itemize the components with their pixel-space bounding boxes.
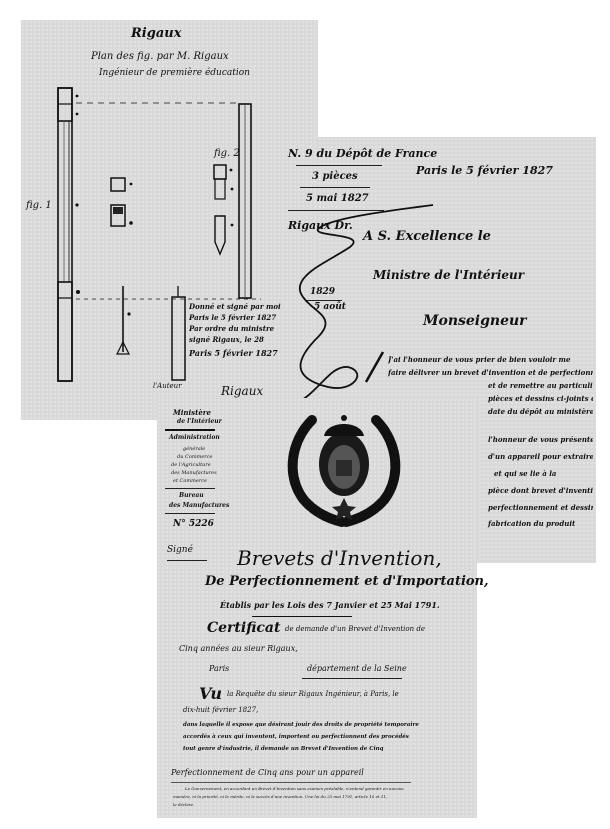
certificate-text: de demande d'un Brevet d'Invention de — [285, 625, 425, 633]
established-by: Établis par les Lois des 7 Janvier et 25… — [220, 600, 440, 610]
royal-crest-icon — [282, 412, 406, 530]
letter-body-line: perfectionnement et dessins — [488, 503, 593, 512]
certificate-footnote: Le Gouvernement, en accordant un Brevet … — [173, 786, 473, 814]
letter-body-line: pièce dont brevet d'invention — [488, 486, 593, 495]
letter-body-line: fabrication du produit — [488, 519, 575, 528]
signature-prefix: l'Auteur — [153, 382, 182, 390]
sidebar-line: Administration — [169, 434, 220, 441]
letter-ref-line1: N. 9 du Dépôt de France — [288, 147, 437, 160]
sidebar-line: des Manufactures — [169, 502, 229, 509]
fig1-label: fig. 1 — [26, 200, 52, 211]
certificate-body-line: tout genre d'industrie, il demande un Br… — [183, 746, 384, 752]
sidebar-line: de l'Intérieur — [177, 418, 222, 425]
patent-certificate-page: Ministère de l'Intérieur Administration … — [157, 398, 477, 818]
certificate-line-2: Cinq années au sieur Rigaux, — [179, 644, 298, 653]
certificate-body-line: dans laquelle il expose que désirant jou… — [183, 722, 419, 728]
sidebar-line: des Manufactures — [171, 470, 217, 476]
letter-body-line: J'ai l'honneur de vous prier de bien vou… — [388, 355, 570, 364]
certificate-sidebar: Ministère de l'Intérieur Administration … — [163, 408, 221, 568]
footnote-line: le déclare. — [173, 802, 194, 807]
certificate-subtitle: De Perfectionnement et d'Importation, — [205, 574, 489, 589]
certificate-body-line: accordés à ceux qui inventent, importent… — [183, 734, 409, 740]
vu-label: Vu — [199, 684, 222, 703]
sidebar-line: Bureau — [179, 492, 204, 499]
sidebar-signature: Signé — [167, 545, 193, 555]
vu-text: la Requête du sieur Rigaux Ingénieur, à … — [227, 690, 399, 698]
letter-body-line: pièces et dessins ci-joints en — [488, 394, 593, 403]
footnote-line: manière, ni la priorité, ni le mérite, n… — [173, 794, 387, 799]
certificate-number: N° 5226 — [173, 519, 214, 529]
note-line: signé Rigaux, le 28 — [189, 335, 264, 344]
letter-body-line: l'honneur de vous présenter — [488, 435, 593, 444]
letter-body-line: et de remettre au particulier les — [488, 381, 593, 390]
sidebar-line: générale — [183, 446, 205, 452]
certificate-line-5: dix-huit février 1827, — [183, 706, 258, 714]
certificate-title: Brevets d'Invention, — [237, 546, 442, 570]
letter-body-line: et qui se lie à la — [494, 469, 556, 478]
sidebar-line: et Commerce — [173, 478, 207, 484]
letter-body-line: faire délivrer un brevet d'invention et … — [388, 368, 593, 377]
sidebar-line: de l'Agriculture — [171, 462, 211, 468]
sidebar-line: Ministère — [173, 408, 211, 417]
letter-body-line: d'un appareil pour extraire — [488, 452, 593, 461]
drawing-signature: Rigaux — [221, 384, 263, 398]
footnote-line: Le Gouvernement, en accordant un Brevet … — [185, 786, 404, 791]
certificate-label: Certificat — [207, 620, 280, 636]
certificate-closing-line: Perfectionnement de Cinq ans pour un app… — [171, 768, 364, 777]
fig2-label: fig. 2 — [214, 148, 240, 159]
certificate-line-3-right: département de la Seine — [307, 664, 407, 673]
letter-body-line: date du dépôt au ministère — [488, 407, 593, 416]
certificate-line-3-left: Paris — [209, 664, 229, 673]
sidebar-line: du Commerce — [177, 454, 212, 460]
